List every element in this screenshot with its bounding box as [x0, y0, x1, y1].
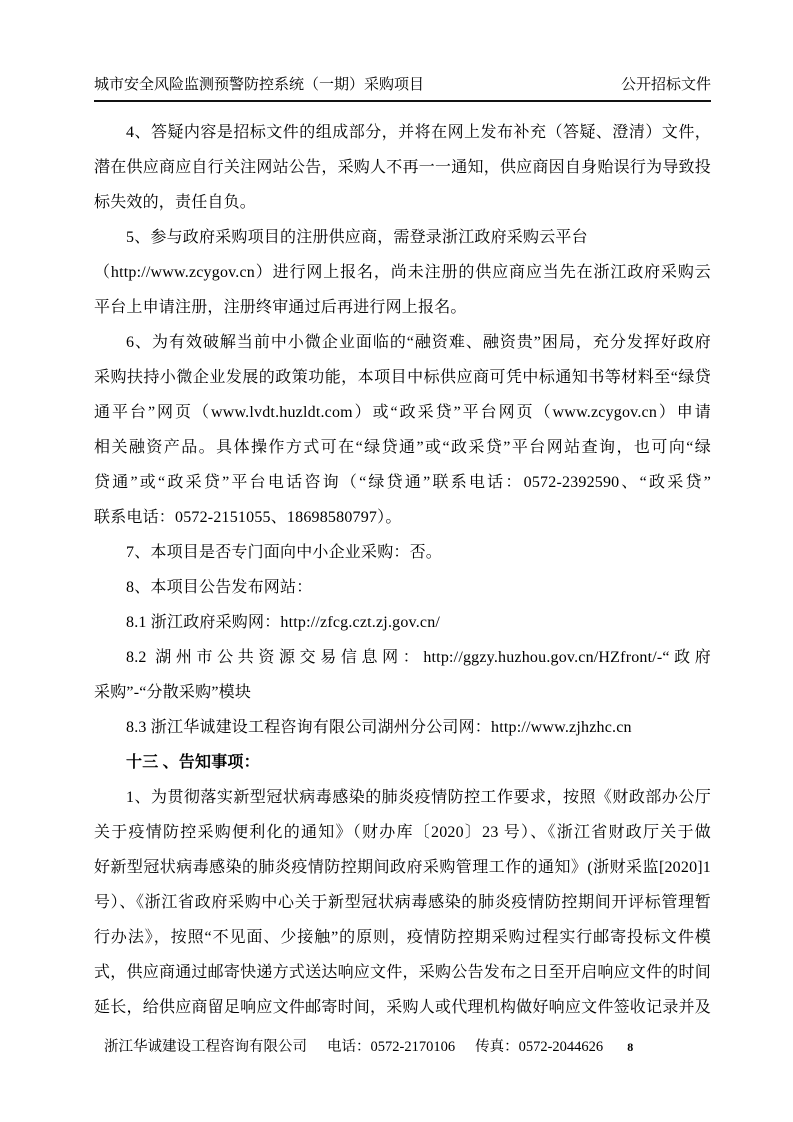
page-header: 城市安全风险监测预警防控系统（一期）采购项目 公开招标文件 — [94, 0, 711, 102]
body-line: 7、本项目是否专门面向中小企业采购：否。 — [94, 535, 711, 570]
footer-page-number: 8 — [627, 1036, 633, 1058]
body-line: 4、答疑内容是招标文件的组成部分，并将在网上发布补充（答疑、澄清）文件， — [94, 115, 711, 150]
header-doc-type: 公开招标文件 — [621, 76, 711, 95]
body-line: 平台上申请注册，注册终审通过后再进行网上报名。 — [94, 290, 711, 325]
body-line: 1、为贯彻落实新型冠状病毒感染的肺炎疫情防控工作要求，按照《财政部办公厅 — [94, 780, 711, 815]
body-line: 联系电话：0572-2151055、18698580797）。 — [94, 500, 711, 535]
body-line: 好新型冠状病毒感染的肺炎疫情防控期间政府采购管理工作的通知》(浙财采监[2020… — [94, 850, 711, 885]
body-line: 式，供应商通过邮寄快递方式送达响应文件，采购公告发布之日至开启响应文件的时间 — [94, 955, 711, 990]
document-body: 4、答疑内容是招标文件的组成部分，并将在网上发布补充（答疑、澄清）文件，潜在供应… — [94, 115, 711, 1025]
body-line: 采购扶持小微企业发展的政策功能，本项目中标供应商可凭中标通知书等材料至“绿贷 — [94, 360, 711, 395]
body-line: 行办法》，按照“不见面、少接触”的原则，疫情防控期采购过程实行邮寄投标文件模 — [94, 920, 711, 955]
section-heading: 十三 、告知事项： — [94, 745, 711, 780]
body-line: 8.3 浙江华诚建设工程咨询有限公司湖州分公司网：http://www.zjhz… — [94, 710, 711, 745]
body-line: 关于疫情防控采购便利化的通知》（财办库〔2020〕23 号）、《浙江省财政厅关于… — [94, 815, 711, 850]
body-line: 贷通”或“政采贷”平台电话咨询（“绿贷通”联系电话：0572-2392590、“… — [94, 465, 711, 500]
footer-phone: 电话：0572-2170106 — [327, 1036, 455, 1058]
body-line: 6、为有效破解当前中小微企业面临的“融资难、融资贵”困局，充分发挥好政府 — [94, 325, 711, 360]
body-line: 标失效的，责任自负。 — [94, 185, 711, 220]
footer-fax: 传真：0572-2044626 — [475, 1036, 603, 1058]
document-page: 城市安全风险监测预警防控系统（一期）采购项目 公开招标文件 4、答疑内容是招标文… — [0, 0, 793, 1122]
body-line: 相关融资产品。具体操作方式可在“绿贷通”或“政采贷”平台网站查询，也可向“绿 — [94, 430, 711, 465]
footer-fax-label: 传真： — [475, 1039, 519, 1055]
body-line: 8、本项目公告发布网站： — [94, 570, 711, 605]
footer-company: 浙江华诚建设工程咨询有限公司 — [104, 1036, 307, 1058]
footer-fax-number: 0572-2044626 — [519, 1039, 604, 1055]
body-line: 通平台”网页（www.lvdt.huzldt.com）或“政采贷”平台网页（ww… — [94, 395, 711, 430]
footer-phone-label: 电话： — [327, 1039, 371, 1055]
page-footer: 浙江华诚建设工程咨询有限公司 电话：0572-2170106 传真：0572-2… — [104, 1036, 711, 1058]
body-line: 潜在供应商应自行关注网站公告，采购人不再一一通知，供应商因自身贻误行为导致投 — [94, 150, 711, 185]
body-line: 采购”-“分散采购”模块 — [94, 675, 711, 710]
footer-phone-number: 0572-2170106 — [371, 1039, 456, 1055]
body-line: （http://www.zcygov.cn）进行网上报名，尚未注册的供应商应当先… — [94, 255, 711, 290]
body-line: 号）、《浙江省政府采购中心关于新型冠状病毒感染的肺炎疫情防控期间开评标管理暂 — [94, 885, 711, 920]
body-line: 8.1 浙江政府采购网：http://zfcg.czt.zj.gov.cn/ — [94, 605, 711, 640]
body-line: 延长，给供应商留足响应文件邮寄时间，采购人或代理机构做好响应文件签收记录并及 — [94, 990, 711, 1025]
header-project-title: 城市安全风险监测预警防控系统（一期）采购项目 — [94, 76, 424, 95]
body-line: 8.2 湖州市公共资源交易信息网：http://ggzy.huzhou.gov.… — [94, 640, 711, 675]
body-line: 5、参与政府采购项目的注册供应商，需登录浙江政府采购云平台 — [94, 220, 711, 255]
